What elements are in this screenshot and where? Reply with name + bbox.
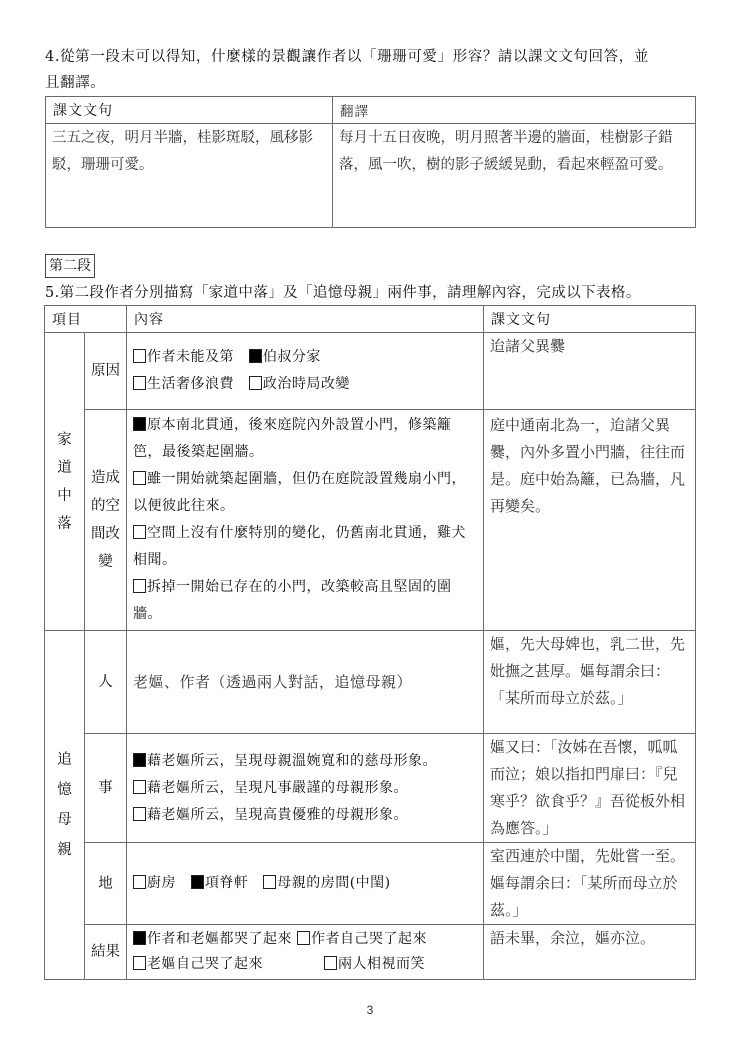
question-5-title: 5.第二段作者分別描寫「家道中落」及「追憶母親」兩件事，請理解內容，完成以下表格… bbox=[45, 280, 641, 306]
checkbox-icon[interactable] bbox=[133, 956, 146, 970]
question-4-table: 課文文句 翻譯 三五之夜，明月半牆，桂影斑駁，風移影駁，珊珊可愛。 每月十五日夜… bbox=[45, 96, 696, 228]
question-5-table: 項目 內容 課文文句 家道中落 原因 作者未能及第 伯叔分家 生活奢侈浪費 政治… bbox=[44, 305, 696, 980]
quote-cause: 迨諸父異爨 bbox=[484, 333, 696, 410]
option-uncles-split[interactable]: 伯叔分家 bbox=[249, 344, 321, 371]
option-space-a[interactable]: 原本南北貫通，後來庭院內外設置小門，修築籬笆，最後築起圍牆。 bbox=[133, 412, 477, 466]
table-row: 造成的空間改變 原本南北貫通，後來庭院內外設置小門，修築籬笆，最後築起圍牆。 雖… bbox=[45, 410, 696, 631]
option-event-c[interactable]: 藉老嫗所云，呈現高貴優雅的母親形象。 bbox=[133, 802, 477, 829]
content-people: 老嫗、作者（透過兩人對話，追憶母親） bbox=[127, 631, 484, 734]
row-label-event: 事 bbox=[85, 734, 127, 843]
options-cause: 作者未能及第 伯叔分家 生活奢侈浪費 政治時局改變 bbox=[127, 333, 484, 410]
question-4-title-line2: 且翻譯。 bbox=[45, 70, 649, 96]
option-line: 老嫗自己哭了起來 兩人相視而笑 bbox=[133, 952, 477, 977]
row-label-place: 地 bbox=[85, 843, 127, 925]
group-label-remember-mother: 追憶母親 bbox=[45, 631, 85, 980]
table-row: 追憶母親 人 老嫗、作者（透過兩人對話，追憶母親） 嫗，先大母婢也，乳二世，先妣… bbox=[45, 631, 696, 734]
checkbox-icon[interactable] bbox=[133, 376, 146, 390]
page-number: 3 bbox=[0, 1003, 740, 1017]
section-label: 第二段 bbox=[45, 254, 95, 278]
checkbox-icon[interactable] bbox=[297, 931, 310, 945]
table-row: 地 廚房 項脊軒 母親的房間(中閨) 室西連於中閨，先妣嘗一至。嫗每謂余曰：「某… bbox=[45, 843, 696, 925]
option-politics[interactable]: 政治時局改變 bbox=[249, 371, 350, 398]
option-failed-exam[interactable]: 作者未能及第 bbox=[133, 344, 234, 371]
header-translation: 翻譯 bbox=[333, 97, 696, 124]
option-extravagance[interactable]: 生活奢侈浪費 bbox=[133, 371, 234, 398]
answer-text-quote: 三五之夜，明月半牆，桂影斑駁，風移影駁，珊珊可愛。 bbox=[46, 124, 333, 228]
option-space-c[interactable]: 空間上沒有什麼特別的變化，仍舊南北貫通，雞犬相聞。 bbox=[133, 520, 477, 574]
option-event-b[interactable]: 藉老嫗所云，呈現凡事嚴謹的母親形象。 bbox=[133, 775, 477, 802]
checkbox-icon[interactable] bbox=[133, 525, 146, 539]
option-kitchen[interactable]: 廚房 bbox=[133, 870, 176, 897]
option-line: 生活奢侈浪費 政治時局改變 bbox=[133, 371, 477, 398]
table-row: 結果 作者和老嫗都哭了起來 作者自己哭了起來 老嫗自己哭了起來 兩人相視而笑 語… bbox=[45, 925, 696, 980]
options-result: 作者和老嫗都哭了起來 作者自己哭了起來 老嫗自己哭了起來 兩人相視而笑 bbox=[127, 925, 484, 980]
header-text-quote: 課文文句 bbox=[46, 97, 333, 124]
row-label-space-change: 造成的空間改變 bbox=[85, 410, 127, 631]
option-space-b[interactable]: 雖一開始就築起圍牆，但仍在庭院設置幾扇小門，以便彼此往來。 bbox=[133, 466, 477, 520]
checkbox-icon[interactable] bbox=[133, 471, 146, 485]
options-space-change: 原本南北貫通，後來庭院內外設置小門，修築籬笆，最後築起圍牆。 雖一開始就築起圍牆… bbox=[127, 410, 484, 631]
checkbox-checked-icon[interactable] bbox=[133, 417, 146, 431]
group-label-family-decline: 家道中落 bbox=[45, 333, 85, 631]
option-xiangjixuan[interactable]: 項脊軒 bbox=[191, 870, 249, 897]
quote-space-change: 庭中通南北為一，迨諸父異爨，內外多置小門牆，往往而是。庭中始為籬，已為牆，凡再變… bbox=[484, 410, 696, 631]
table-row: 事 藉老嫗所云，呈現母親溫婉寬和的慈母形象。 藉老嫗所云，呈現凡事嚴謹的母親形象… bbox=[45, 734, 696, 843]
checkbox-icon[interactable] bbox=[133, 780, 146, 794]
option-mother-room[interactable]: 母親的房間(中閨) bbox=[263, 870, 390, 897]
quote-result: 語未畢，余泣，嫗亦泣。 bbox=[484, 925, 696, 980]
row-label-cause: 原因 bbox=[85, 333, 127, 410]
checkbox-icon[interactable] bbox=[324, 956, 337, 970]
table-row: 家道中落 原因 作者未能及第 伯叔分家 生活奢侈浪費 政治時局改變 迨諸父異爨 bbox=[45, 333, 696, 410]
header-content: 內容 bbox=[127, 306, 484, 333]
checkbox-icon[interactable] bbox=[133, 807, 146, 821]
row-label-result: 結果 bbox=[85, 925, 127, 980]
question-4-title-line1: 4.從第一段末可以得知，什麼樣的景觀讓作者以「珊珊可愛」形容？請以課文文句回答，… bbox=[45, 44, 649, 70]
option-maid-cried[interactable]: 老嫗自己哭了起來 bbox=[133, 952, 319, 977]
checkbox-icon[interactable] bbox=[133, 579, 146, 593]
option-author-cried[interactable]: 作者自己哭了起來 bbox=[297, 927, 427, 952]
header-item: 項目 bbox=[45, 306, 127, 333]
options-place: 廚房 項脊軒 母親的房間(中閨) bbox=[127, 843, 484, 925]
quote-place: 室西連於中閨，先妣嘗一至。嫗每謂余曰：「某所而母立於茲。」 bbox=[484, 843, 696, 925]
quote-event: 嫗又曰：「汝姊在吾懷，呱呱而泣；娘以指扣門扉曰：『兒寒乎？欲食乎？』吾從板外相為… bbox=[484, 734, 696, 843]
option-event-a[interactable]: 藉老嫗所云，呈現母親溫婉寬和的慈母形象。 bbox=[133, 748, 477, 775]
header-quote: 課文文句 bbox=[484, 306, 696, 333]
answer-translation: 每月十五日夜晚，明月照著半邊的牆面，桂樹影子錯落，風一吹，樹的影子緩緩晃動，看起… bbox=[333, 124, 696, 228]
checkbox-icon[interactable] bbox=[133, 875, 146, 889]
options-event: 藉老嫗所云，呈現母親溫婉寬和的慈母形象。 藉老嫗所云，呈現凡事嚴謹的母親形象。 … bbox=[127, 734, 484, 843]
option-smiled[interactable]: 兩人相視而笑 bbox=[324, 952, 425, 977]
checkbox-checked-icon[interactable] bbox=[133, 931, 146, 945]
checkbox-checked-icon[interactable] bbox=[133, 753, 146, 767]
option-line: 作者未能及第 伯叔分家 bbox=[133, 344, 477, 371]
checkbox-checked-icon[interactable] bbox=[249, 349, 262, 363]
option-space-d[interactable]: 拆掉一開始已存在的小門，改築較高且堅固的圍牆。 bbox=[133, 574, 477, 628]
checkbox-icon[interactable] bbox=[263, 875, 276, 889]
row-label-people: 人 bbox=[85, 631, 127, 734]
checkbox-checked-icon[interactable] bbox=[191, 875, 204, 889]
quote-people: 嫗，先大母婢也，乳二世，先妣撫之甚厚。嫗每謂余曰：「某所而母立於茲。」 bbox=[484, 631, 696, 734]
option-both-cried[interactable]: 作者和老嫗都哭了起來 bbox=[133, 927, 292, 952]
option-line: 作者和老嫗都哭了起來 作者自己哭了起來 bbox=[133, 927, 477, 952]
question-4-title: 4.從第一段末可以得知，什麼樣的景觀讓作者以「珊珊可愛」形容？請以課文文句回答，… bbox=[45, 44, 649, 96]
checkbox-icon[interactable] bbox=[133, 349, 146, 363]
checkbox-icon[interactable] bbox=[249, 376, 262, 390]
